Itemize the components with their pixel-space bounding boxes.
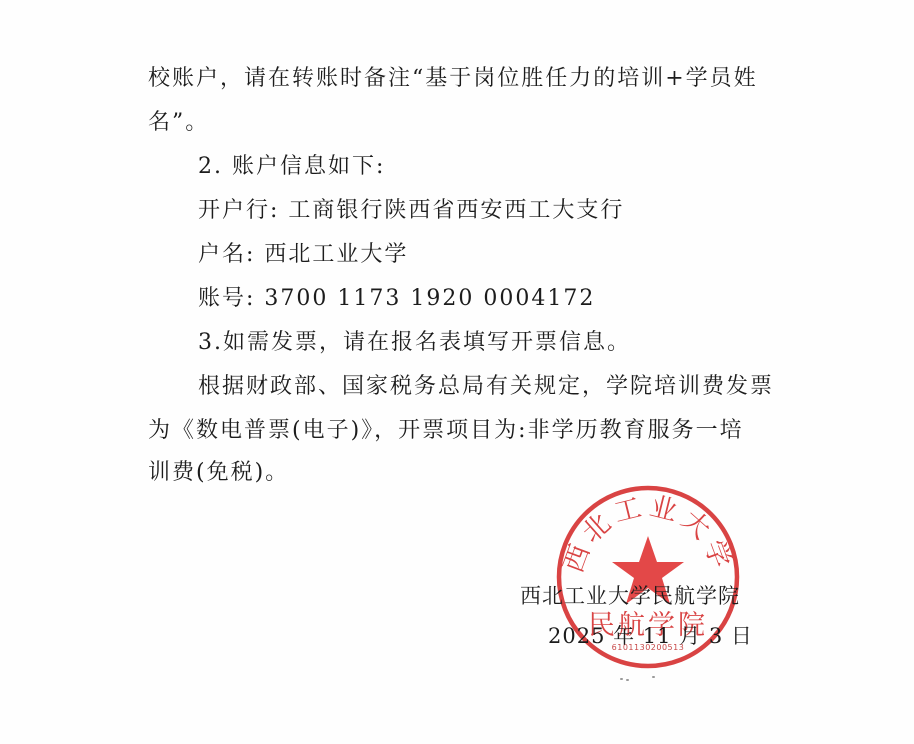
section-heading-invoice: 3.如需发票，请在报名表填写开票信息。 [198,328,631,358]
bank-name-line: 开户行: 工商银行陕西省西安西工大支行 [198,196,624,226]
account-number-line: 账号: 3700 1173 1920 0004172 [198,284,595,314]
signature-organization: 西北工业大学民航学院 [520,582,740,610]
paragraph-remark-line2: 名”。 [148,108,209,138]
scan-speck [626,679,629,681]
document-page: 校账户，请在转账时备注“基于岗位胜任力的培训+学员姓 名”。 2. 账户信息如下… [0,0,914,744]
scan-artifacts [620,676,660,682]
signature-date: 2025 年 11 月 3 日 [548,622,753,650]
paragraph-invoice-line3: 训费(免税)。 [148,458,289,488]
account-name-line: 户名: 西北工业大学 [198,240,408,270]
scan-speck [652,676,655,678]
scan-speck [620,678,623,680]
paragraph-remark-line1: 校账户，请在转账时备注“基于岗位胜任力的培训+学员姓 [148,64,758,94]
paragraph-invoice-line1: 根据财政部、国家税务总局有关规定，学院培训费发票 [198,372,774,402]
paragraph-invoice-line2: 为《数电普票(电子)》，开票项目为:非学历教育服务一培 [148,416,744,446]
section-heading-account-info: 2. 账户信息如下: [198,152,385,182]
